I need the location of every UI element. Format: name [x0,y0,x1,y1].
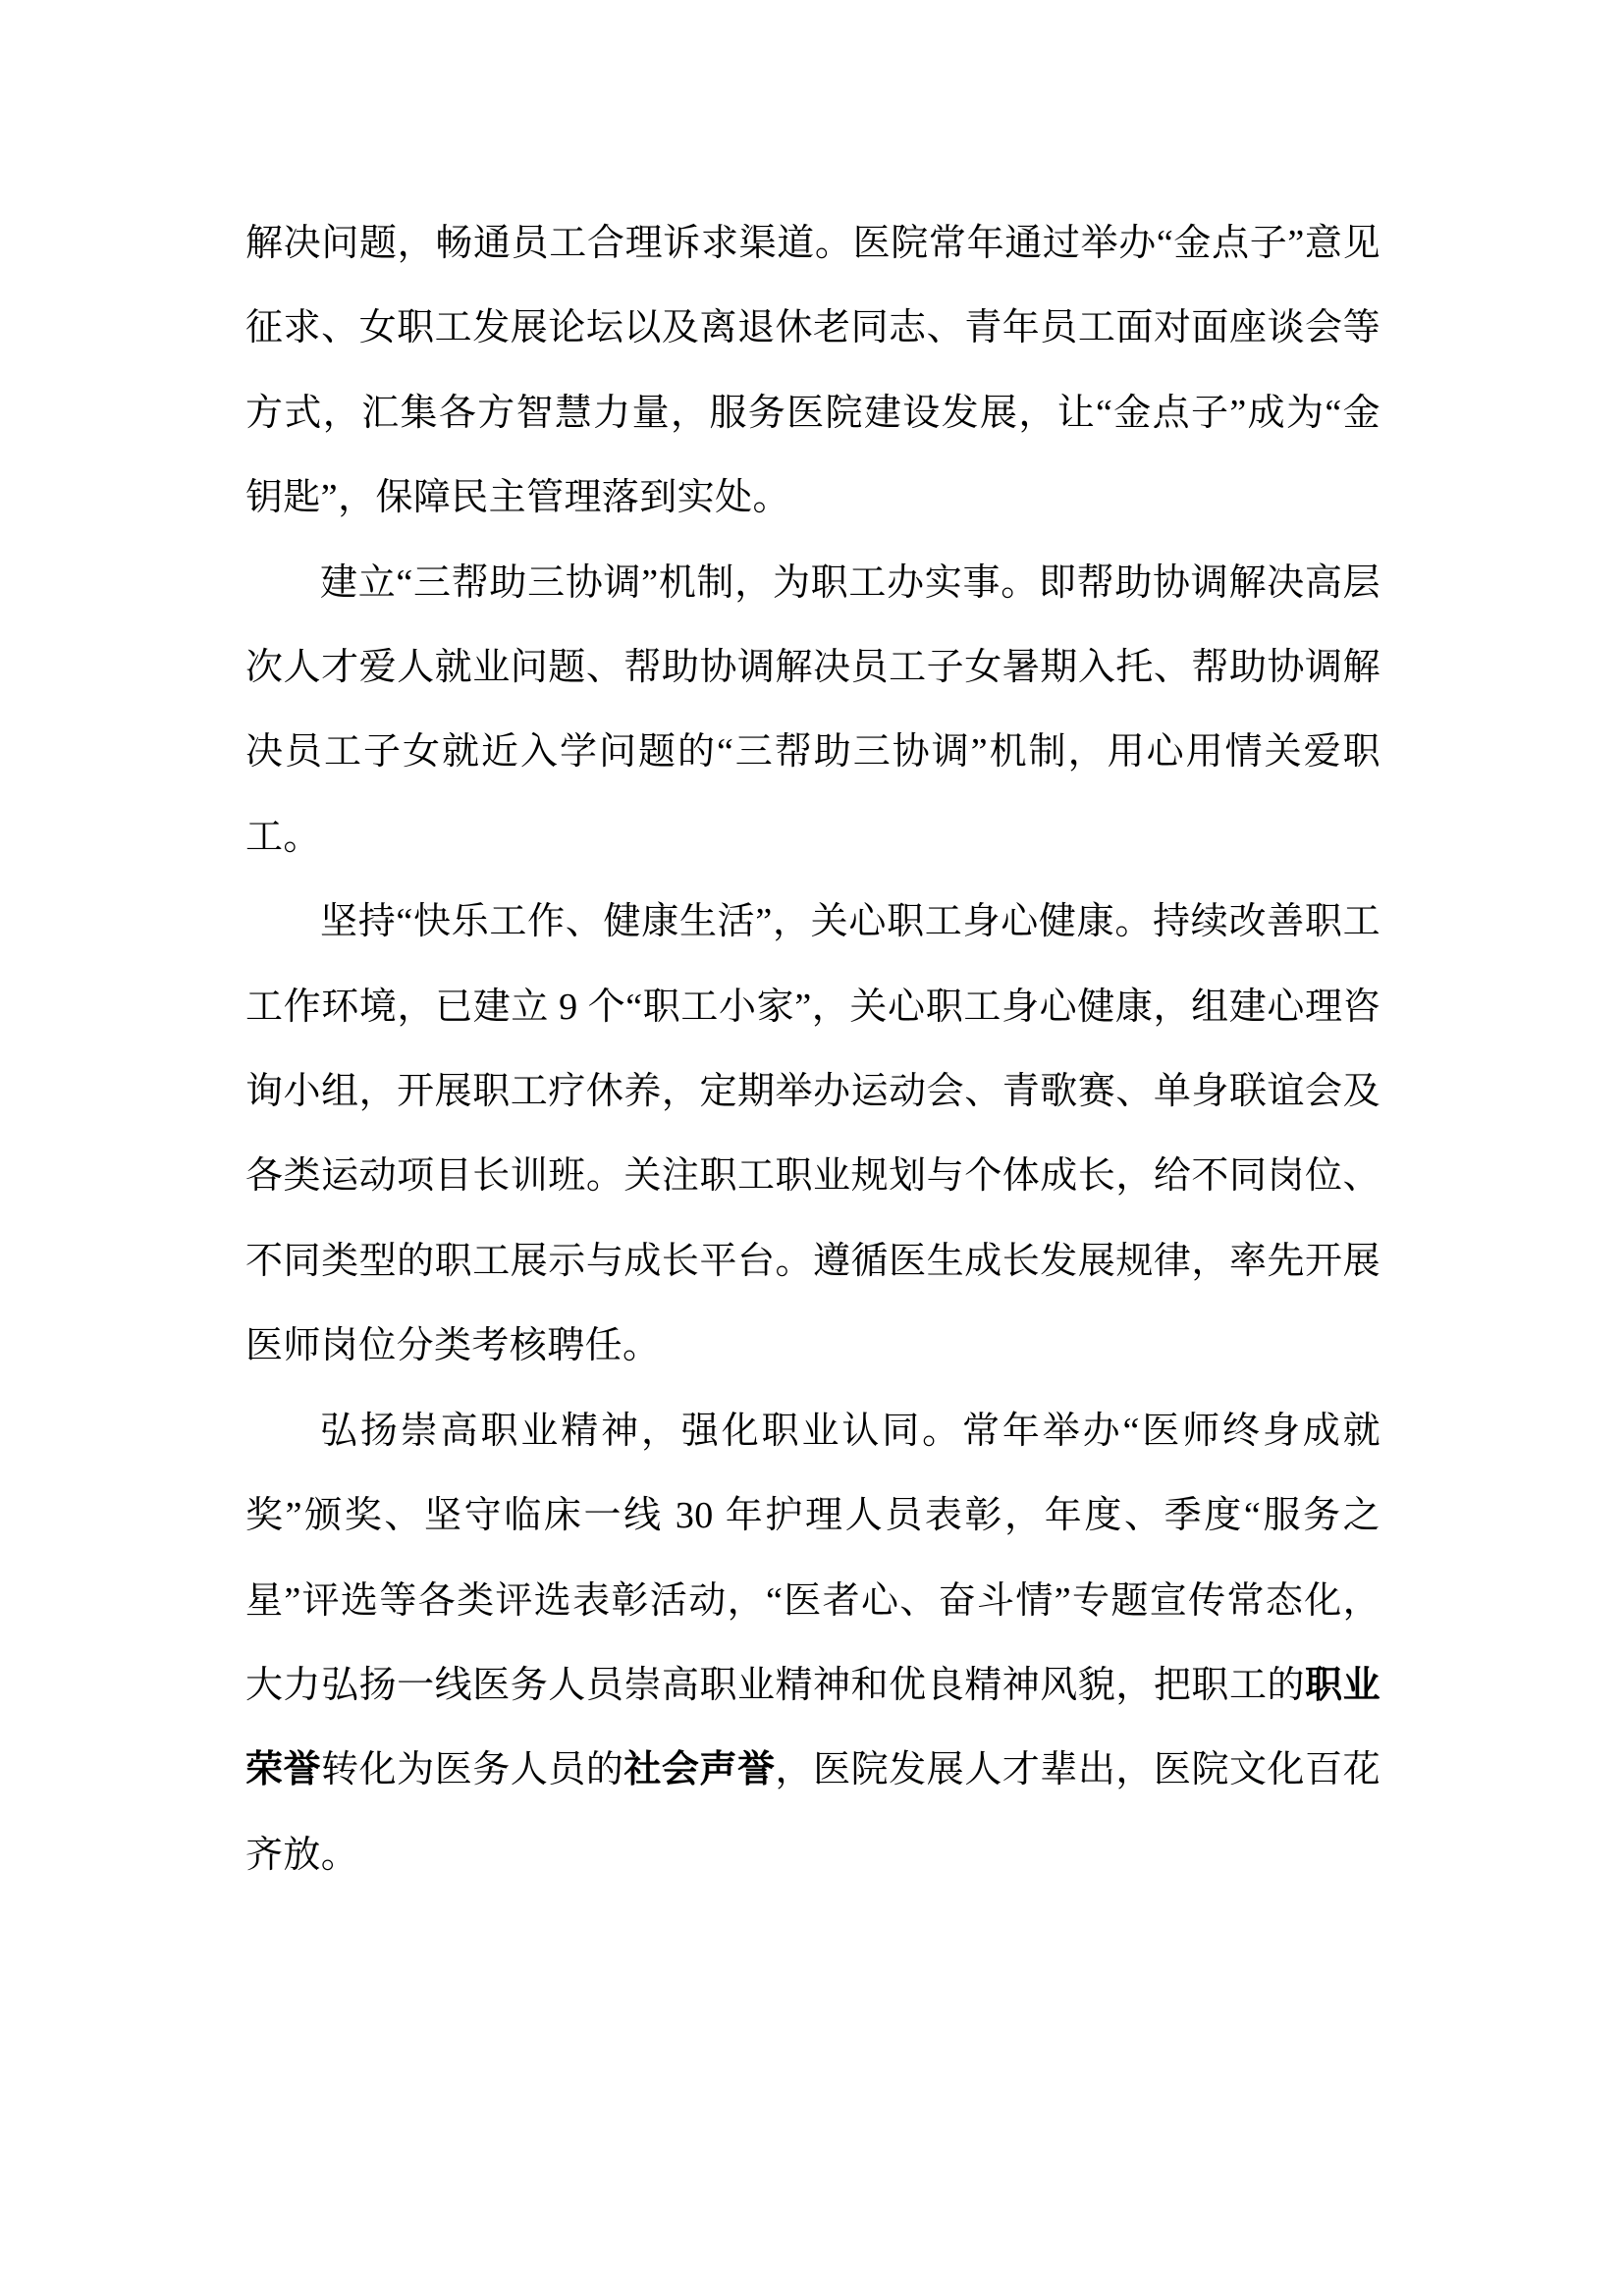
text-run: 弘扬崇高职业精神，强化职业认同。常年举办“医师终身成就奖”颁奖、坚守临床一线 3… [245,1411,1380,1706]
text-run: 转化为医务人员的 [321,1749,623,1790]
document-page: 解决问题，畅通员工合理诉求渠道。医院常年通过举办“金点子”意见征求、女职工发展论… [0,0,1624,2296]
text-run: 坚持“快乐工作、健康生活”，关心职工身心健康。持续改善职工工作环境，已建立 9 … [245,901,1380,1366]
paragraph: 建立“三帮助三协调”机制，为职工办实事。即帮助协调解决高层次人才爱人就业问题、帮… [245,541,1380,881]
text-run: 建立“三帮助三协调”机制，为职工办实事。即帮助协调解决高层次人才爱人就业问题、帮… [245,562,1380,858]
paragraph: 弘扬崇高职业精神，强化职业认同。常年举办“医师终身成就奖”颁奖、坚守临床一线 3… [245,1389,1380,1897]
bold-text-run: 社会声誉 [623,1749,775,1790]
text-run: 解决问题，畅通员工合理诉求渠道。医院常年通过举办“金点子”意见征求、女职工发展论… [245,223,1380,518]
document-text: 解决问题，畅通员工合理诉求渠道。医院常年通过举办“金点子”意见征求、女职工发展论… [245,201,1380,1897]
paragraph: 解决问题，畅通员工合理诉求渠道。医院常年通过举办“金点子”意见征求、女职工发展论… [245,201,1380,541]
paragraph: 坚持“快乐工作、健康生活”，关心职工身心健康。持续改善职工工作环境，已建立 9 … [245,880,1380,1388]
